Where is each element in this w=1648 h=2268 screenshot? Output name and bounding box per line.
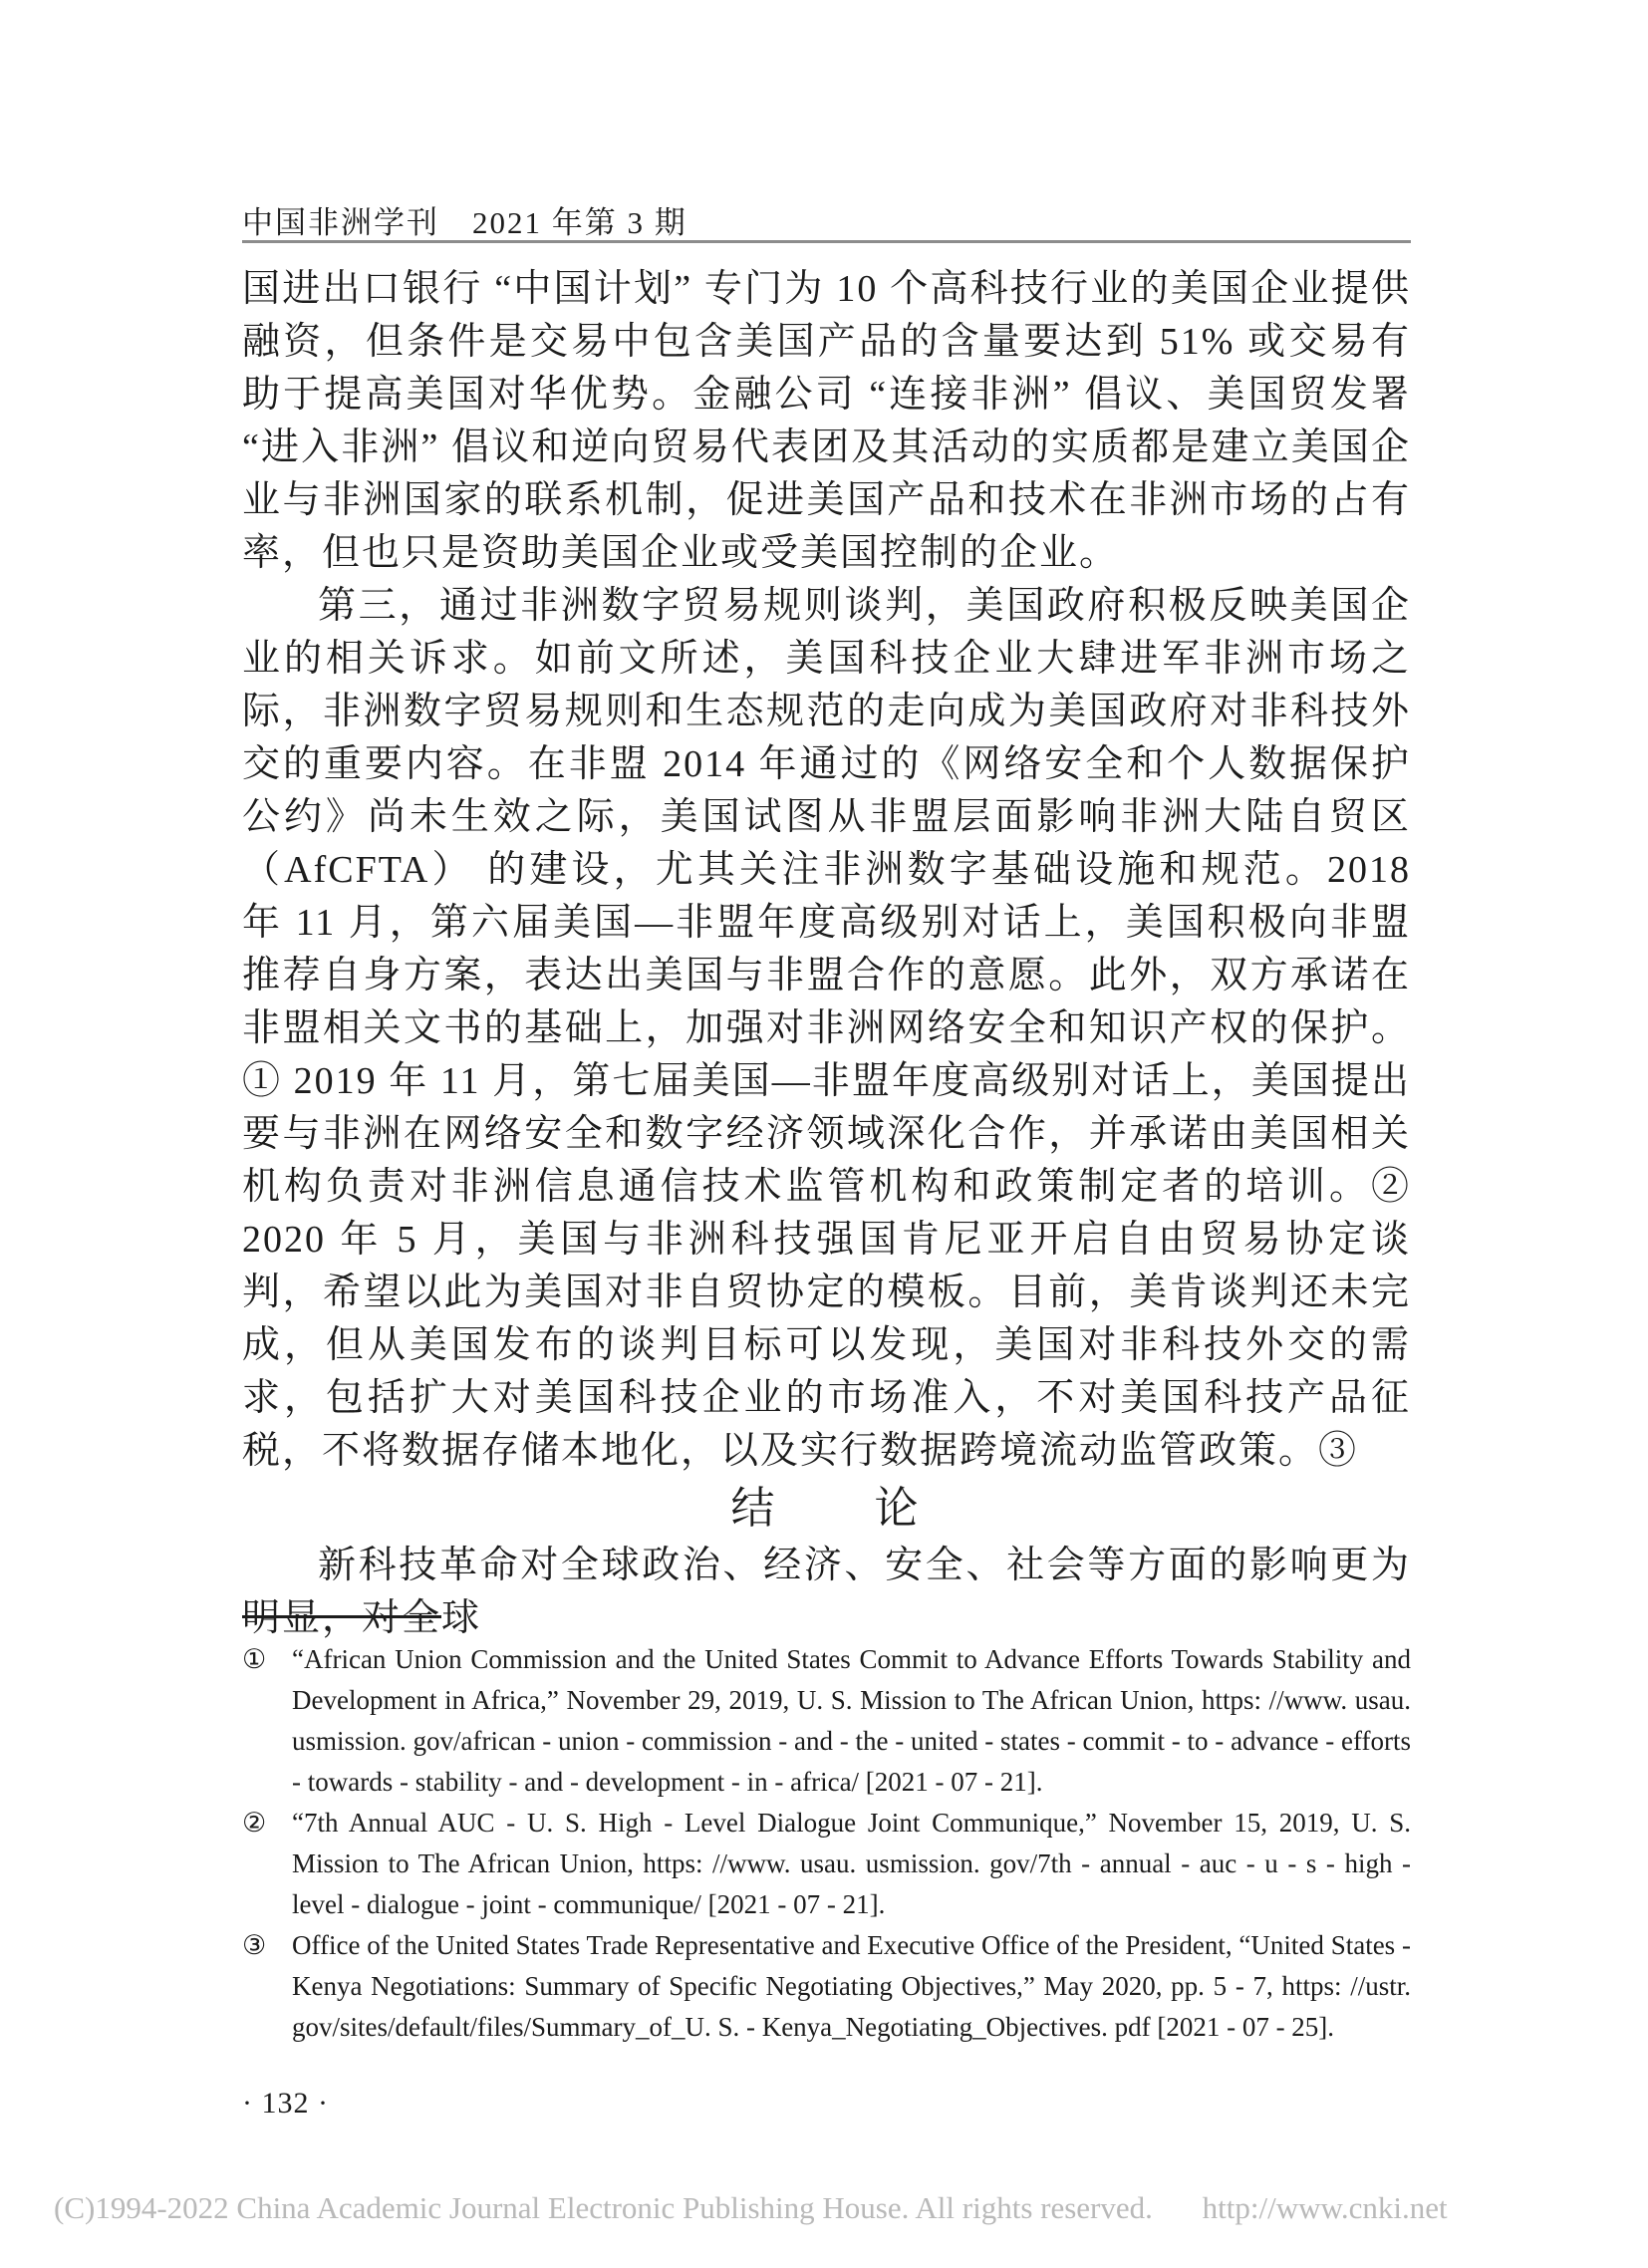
- footnote-2-marker: ②: [242, 1803, 292, 1843]
- footnote-3-text: Office of the United States Trade Repres…: [292, 1925, 1411, 2048]
- body-paragraph-continuation: 国进出口银行 “中国计划” 专门为 10 个高科技行业的美国企业提供融资，但条件…: [242, 263, 1411, 580]
- copyright-text: (C)1994-2022 China Academic Journal Elec…: [54, 2190, 1153, 2225]
- footnote-2: ② “7th Annual AUC - U. S. High - Level D…: [242, 1803, 1411, 1925]
- body-paragraph-third-point: 第三，通过非洲数字贸易规则谈判，美国政府积极反映美国企业的相关诉求。如前文所述，…: [242, 580, 1411, 1478]
- footnote-separator: [242, 1615, 441, 1618]
- footnote-1: ① “African Union Commission and the Unit…: [242, 1639, 1411, 1803]
- footnote-3: ③ Office of the United States Trade Repr…: [242, 1925, 1411, 2048]
- footnote-2-text: “7th Annual AUC - U. S. High - Level Dia…: [292, 1803, 1411, 1925]
- article-body: 国进出口银行 “中国计划” 专门为 10 个高科技行业的美国企业提供融资，但条件…: [242, 263, 1411, 1645]
- cnki-url-text: http://www.cnki.net: [1203, 2190, 1448, 2225]
- footnote-1-text: “African Union Commission and the United…: [292, 1639, 1411, 1803]
- header-rule: [242, 240, 1411, 243]
- page-number: · 132 ·: [242, 2087, 329, 2121]
- journal-header: 中国非洲学刊 2021 年第 3 期: [242, 197, 687, 242]
- body-paragraph-conclusion-start: 新科技革命对全球政治、经济、安全、社会等方面的影响更为明显，对全球: [242, 1540, 1411, 1645]
- section-heading-conclusion: 结 论: [242, 1478, 1411, 1540]
- footnote-3-marker: ③: [242, 1925, 292, 1966]
- journal-page: 中国非洲学刊 2021 年第 3 期 国进出口银行 “中国计划” 专门为 10 …: [0, 0, 1648, 2268]
- cnki-watermark: (C)1994-2022 China Academic Journal Elec…: [54, 2190, 1448, 2226]
- footnote-1-marker: ①: [242, 1639, 292, 1680]
- footnotes-section: ① “African Union Commission and the Unit…: [242, 1639, 1411, 2048]
